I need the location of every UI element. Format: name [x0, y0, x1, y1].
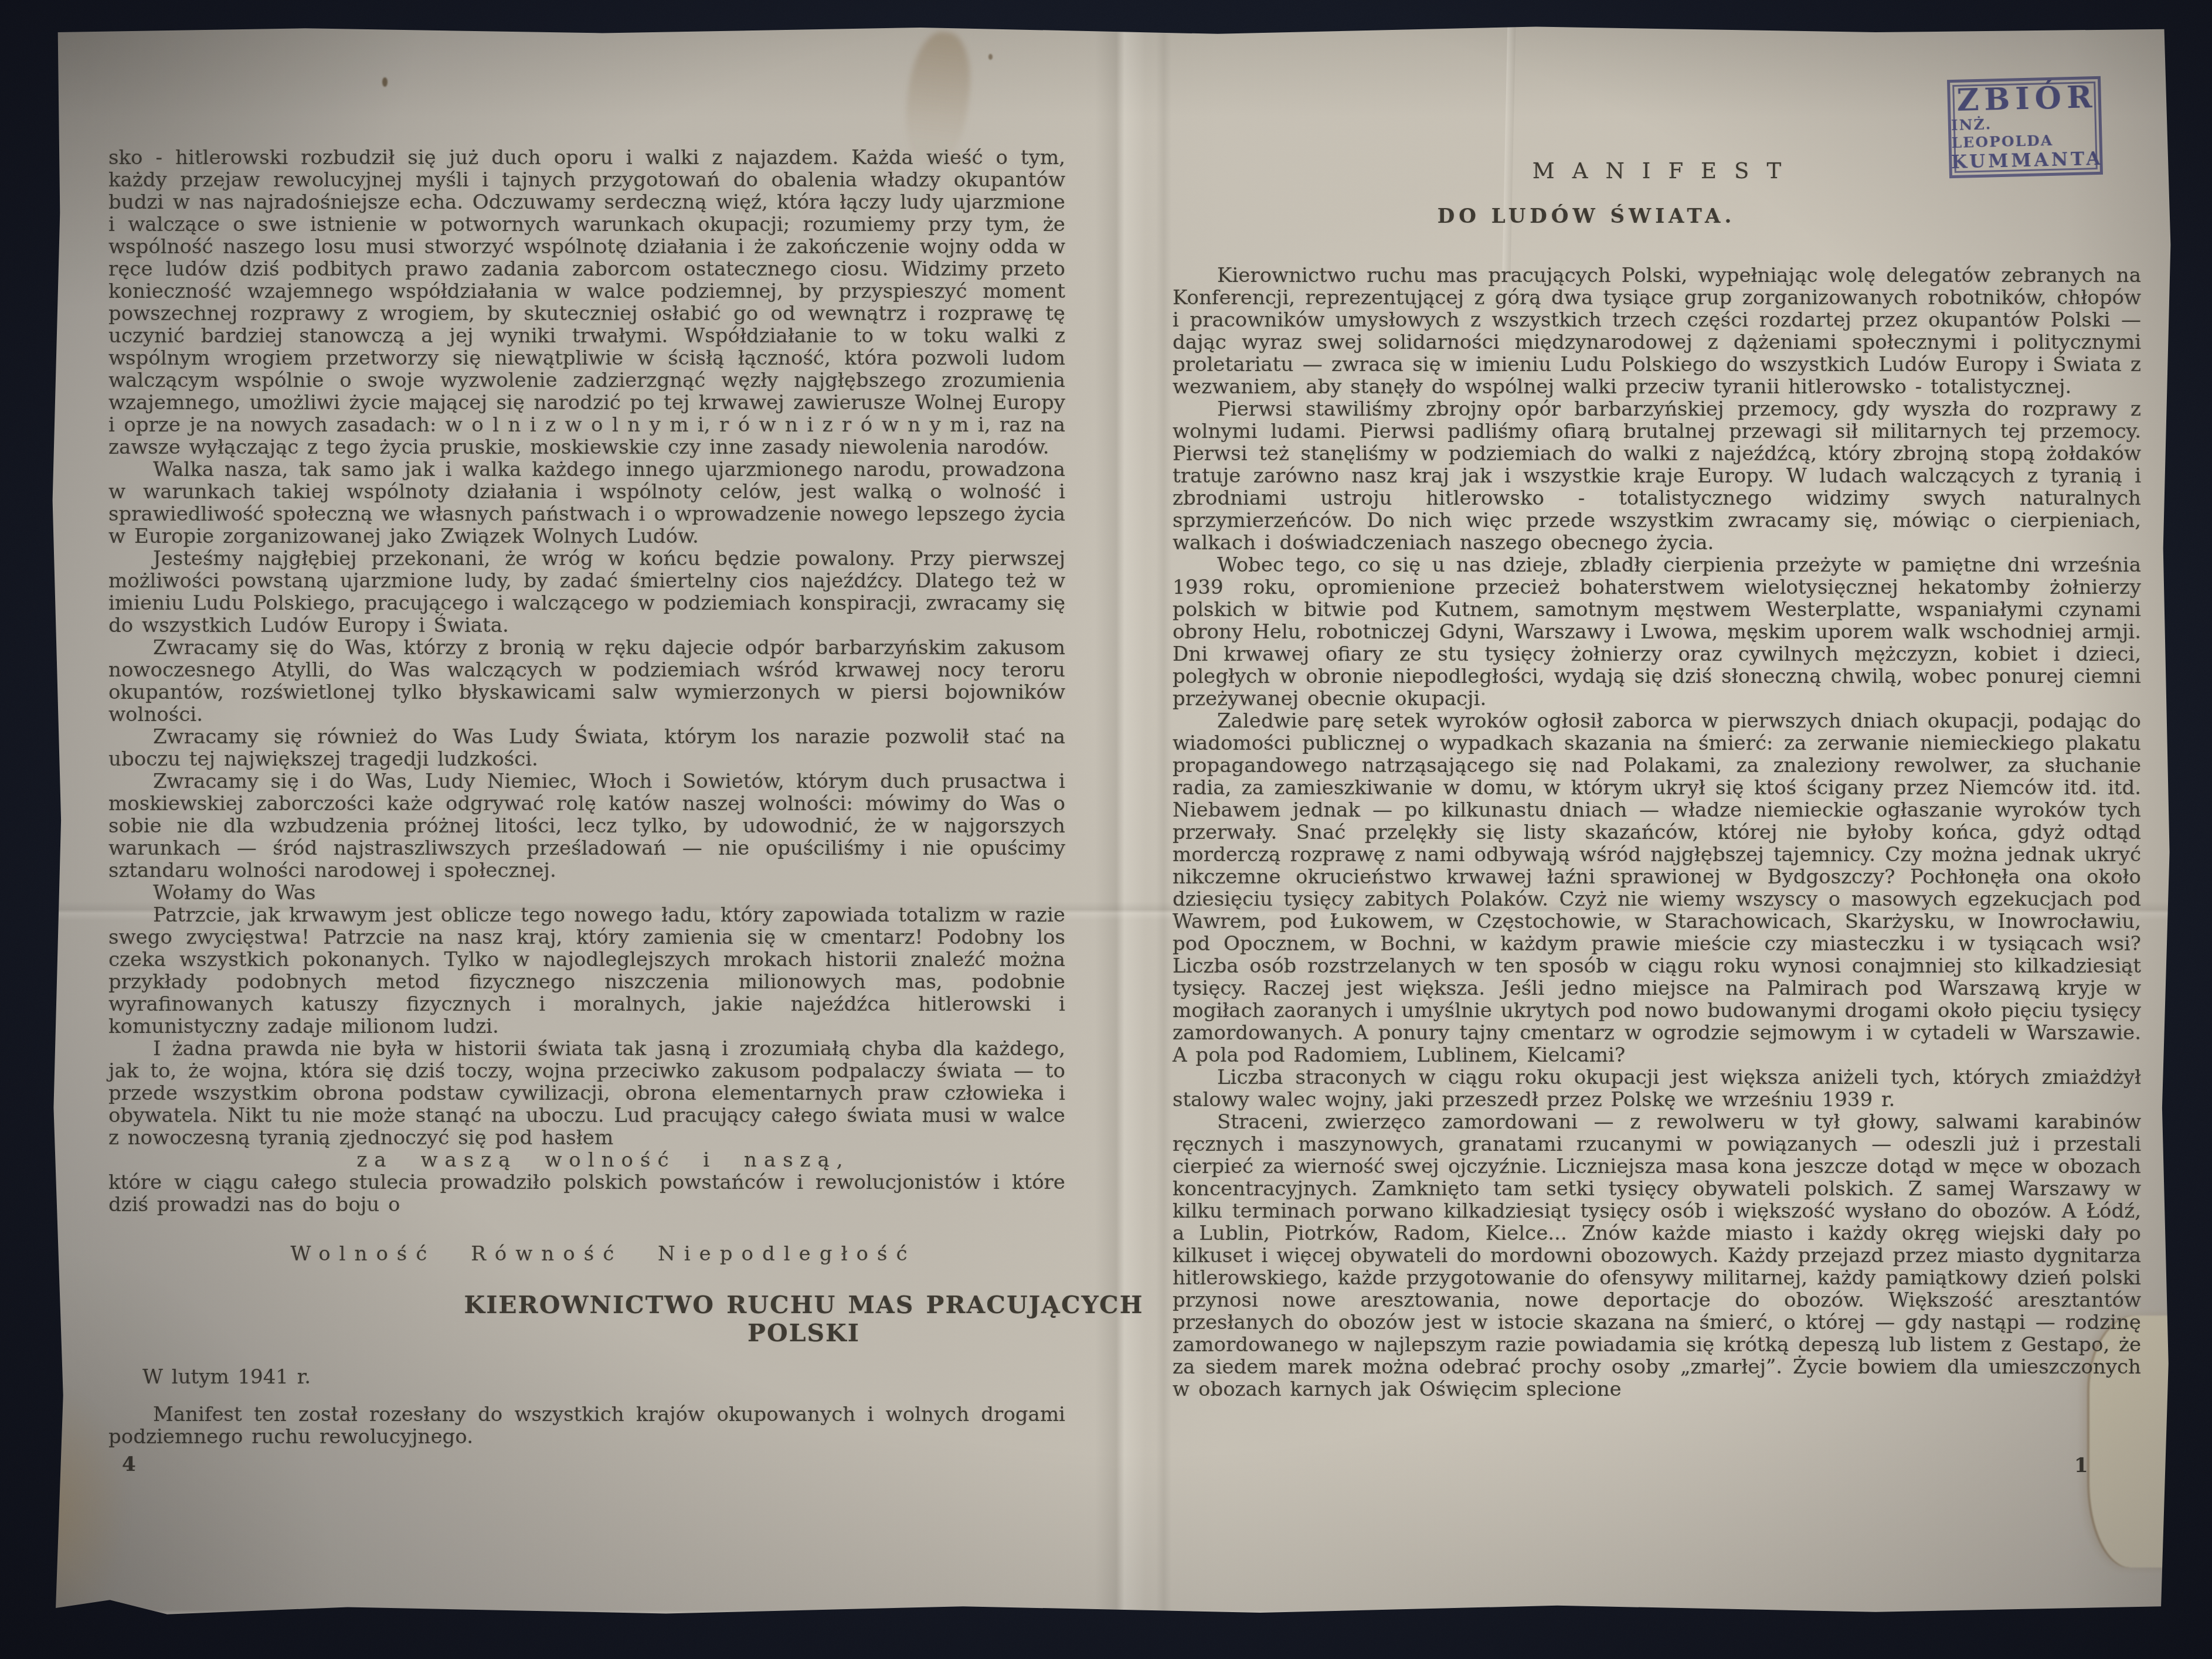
right-page-text: Kierownictwo ruchu mas pracujących Polsk… — [1173, 264, 2141, 1400]
left-page: sko - hitlerowski rozbudził się już duch… — [108, 147, 1065, 1448]
paragraph: Zwracamy się również do Was Ludy Świata,… — [108, 726, 1065, 770]
paragraph: Zaledwie parę setek wyroków ogłosił zabo… — [1173, 710, 2141, 1066]
paragraph: Pierwsi stawiliśmy zbrojny opór barbarzy… — [1173, 398, 2141, 554]
paragraph: POLSKI — [325, 1319, 1282, 1347]
paragraph: Wolność Równość Niepodległość — [125, 1243, 1082, 1265]
fold-crease-vertical — [1095, 21, 1146, 1619]
page-number-right: 1 — [2074, 1454, 2088, 1477]
collection-stamp: ZBIÓR INŻ. LEOPOLDA KUMMANTA — [1947, 76, 2103, 178]
paragraph: KIEROWNICTWO RUCHU MAS PRACUJĄCYCH — [325, 1291, 1282, 1319]
paragraph: Kierownictwo ruchu mas pracujących Polsk… — [1173, 264, 2141, 398]
stamp-line-1: ZBIÓR — [1951, 81, 2098, 117]
paragraph: Manifest ten został rozesłany do wszystk… — [108, 1403, 1065, 1448]
stamp-line-3: KUMMANTA — [1948, 148, 2104, 173]
paragraph: Straceni, zwierzęco zamordowani — z rewo… — [1173, 1111, 2141, 1400]
paragraph: za waszą wolność i naszą, — [125, 1149, 1082, 1171]
paragraph: sko - hitlerowski rozbudził się już duch… — [108, 147, 1065, 458]
paragraph: I żadna prawda nie była w historii świat… — [108, 1038, 1065, 1149]
right-page: MANIFEST DO LUDÓW ŚWIATA. Kierownictwo r… — [1173, 158, 2141, 1400]
document-subtitle: DO LUDÓW ŚWIATA. — [1102, 205, 2071, 228]
photo-background: sko - hitlerowski rozbudził się już duch… — [0, 0, 2212, 1659]
paragraph: Zwracamy się i do Was, Ludy Niemiec, Wło… — [108, 770, 1065, 882]
page-number-left: 4 — [122, 1453, 136, 1476]
paragraph: Wobec tego, co się u nas dzieje, zbladły… — [1173, 554, 2141, 710]
stamp-line-2: INŻ. LEOPOLDA — [1951, 113, 2099, 152]
paragraph: Wołamy do Was — [108, 882, 1065, 904]
paragraph: Jesteśmy najgłębiej przekonani, że wróg … — [108, 548, 1065, 637]
ink-speck — [382, 77, 388, 87]
paragraph: Walka nasza, tak samo jak i walka każdeg… — [108, 458, 1065, 548]
paragraph: Zwracamy się do Was, którzy z bronią w r… — [108, 637, 1065, 726]
left-page-text: sko - hitlerowski rozbudził się już duch… — [108, 147, 1065, 1448]
document-sheet: sko - hitlerowski rozbudził się już duch… — [50, 21, 2173, 1619]
paragraph: Liczba straconych w ciągu roku okupacji … — [1173, 1066, 2141, 1111]
paragraph: Patrzcie, jak krwawym jest oblicze tego … — [108, 904, 1065, 1038]
paragraph: W lutym 1941 r. — [108, 1366, 1065, 1388]
paragraph: które w ciągu całego stulecia prowadziło… — [108, 1171, 1065, 1216]
fold-crease-vertical-secondary — [1156, 21, 1171, 1619]
ink-speck — [988, 54, 993, 60]
